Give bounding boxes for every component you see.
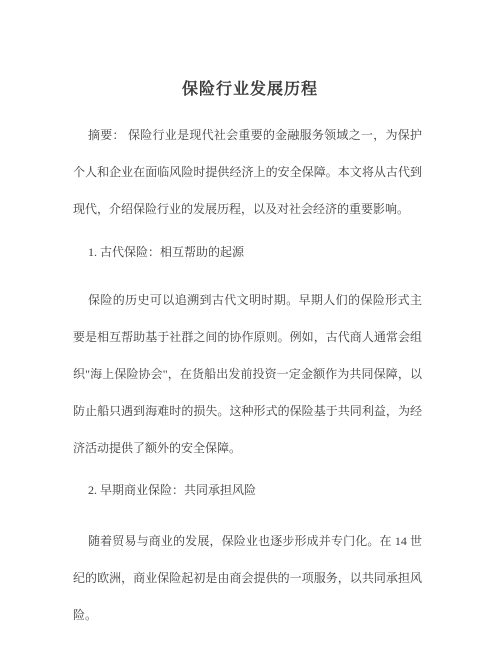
section-1-paragraph: 保险的历史可以追溯到古代文明时期。早期人们的保险形式主要是相互帮助基于社群之间的… [73,282,422,467]
section-2-paragraph: 随着贸易与商业的发展，保险业也逐步形成并专门化。在 14 世纪的欧洲，商业保险起… [73,523,422,634]
abstract-paragraph: 摘要： 保险行业是现代社会重要的金融服务领域之一，为保护个人和企业在面临风险时提… [73,117,422,228]
section-1-heading: 1. 古代保险：相互帮助的起源 [73,234,422,271]
section-2-heading: 2. 早期商业保险：共同承担风险 [73,472,422,509]
document-title: 保险行业发展历程 [0,0,500,99]
document-body: 摘要： 保险行业是现代社会重要的金融服务领域之一，为保护个人和企业在面临风险时提… [0,117,500,634]
document-page: 保险行业发展历程 摘要： 保险行业是现代社会重要的金融服务领域之一，为保护个人和… [0,0,500,647]
